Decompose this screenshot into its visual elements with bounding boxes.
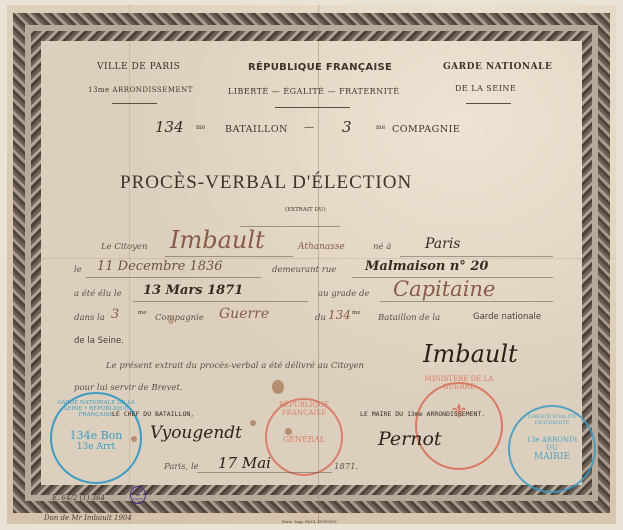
bataillon-suffix: me	[196, 124, 205, 131]
ne-a-label: né à	[373, 242, 391, 252]
grade-value: Capitaine	[393, 277, 495, 301]
document-title: PROCÈS-VERBAL D'ÉLECTION	[120, 172, 412, 194]
citoyen-firstname: Athanasse	[298, 242, 345, 252]
header-left-line1: VILLE DE PARIS	[97, 62, 180, 72]
header-center-title: RÉPUBLIQUE FRANÇAISE	[248, 62, 392, 73]
blue-stamp-line2: 13e Arrt	[77, 442, 115, 452]
place-label: Paris, le	[164, 462, 199, 472]
blue-stamp-garde-nationale: GARDE NATIONALE DE LA SEINE • RÉPUBLIQUE…	[50, 392, 142, 484]
violet-stamp-line3: PARIS	[133, 497, 142, 501]
bataillon-number: 134	[155, 118, 184, 136]
birth-date-rule	[86, 277, 261, 278]
printer-credit: Paris. Imp. PAUL DUPONT.	[282, 519, 337, 524]
du-label: du	[315, 313, 326, 323]
birthplace-rule	[400, 256, 553, 257]
stain	[168, 318, 174, 324]
grade-label: au grade de	[318, 289, 369, 299]
stain	[250, 420, 256, 426]
bataillon-value: 134	[328, 308, 351, 322]
inventory-number: E. 64/2 (1) 364	[52, 494, 105, 502]
stain	[285, 428, 292, 435]
header-right-line2: DE LA SEINE	[455, 84, 516, 93]
chef-label: LE CHEF DU BATAILLON,	[112, 410, 194, 418]
red-stamp-ring-text: RÉPUBLIQUE FRANÇAISE	[267, 401, 341, 417]
bataillon-form-label: Bataillon de la	[378, 313, 440, 323]
header-center-motto: LIBERTÉ — ÉGALITÉ — FRATERNITÉ	[228, 87, 400, 96]
compagnie-value-suffix: me	[138, 310, 146, 316]
violet-stamp-ville-de-paris: VILLE DE PARIS	[130, 486, 146, 504]
delivre-text: Le présent extrait du procès-verbal a ét…	[106, 361, 364, 371]
garde-nationale-label: Garde nationale	[473, 312, 541, 322]
blue-stamp-mairie: LIBERTÉ ÉGALITÉ FRATERNITÉ 13e ARRONDt D…	[508, 405, 596, 493]
birth-date: 11 Decembre 1836	[97, 259, 223, 274]
stain	[131, 436, 137, 442]
document-subtitle: (EXTRAIT DU)	[285, 207, 326, 213]
citoyen-rule	[165, 256, 293, 257]
header-left-line2: 13me ARRONDISSEMENT	[88, 86, 193, 94]
red-stamp-ministere-ring: MINISTÈRE DE LA GUERRE	[417, 375, 501, 391]
compagnie-value: 3	[111, 307, 119, 322]
red-stamp-republique: RÉPUBLIQUE FRANÇAISE GÉNÉRAL	[265, 398, 343, 476]
compagnie-type: Guerre	[219, 306, 269, 322]
red-stamp-center-text: GÉNÉRAL	[283, 435, 325, 444]
election-date-rule	[133, 301, 308, 302]
blue-mairie-ring: LIBERTÉ ÉGALITÉ FRATERNITÉ	[510, 414, 594, 426]
unit-dash: —	[304, 122, 314, 133]
maire-label: LE MAIRE DU 13me ARRONDISSEMENT.	[360, 410, 485, 418]
bataillon-value-suffix: me	[352, 310, 360, 316]
address: Malmaison n° 20	[365, 259, 488, 274]
stain	[272, 380, 284, 394]
date-rule	[197, 472, 332, 473]
red-stamp-ministere: MINISTÈRE DE LA GUERRE ⚜	[415, 382, 503, 470]
maire-signature: Pernot	[378, 428, 442, 450]
delivre-name: Imbault	[423, 340, 518, 368]
header-right-ornament	[466, 103, 511, 104]
grade-rule	[380, 301, 553, 302]
citoyen-name: Imbault	[170, 226, 265, 254]
header-right-line1: GARDE NATIONALE	[443, 62, 552, 72]
blue-mairie-line3: MAIRIE	[534, 452, 570, 462]
le-label: le	[74, 265, 82, 275]
compagnie-label: COMPAGNIE	[392, 124, 460, 135]
citoyen-label: Le Citoyen	[101, 242, 147, 252]
chef-signature: Vyougendt	[150, 423, 242, 443]
compagnie-suffix: me	[376, 124, 385, 131]
elu-label: a été élu le	[74, 289, 122, 299]
signing-date: 17 Mai	[218, 454, 271, 472]
dans-label: dans la	[74, 313, 105, 323]
birthplace: Paris	[425, 236, 461, 252]
demeurant-label: demeurant rue	[272, 265, 336, 275]
compagnie-number: 3	[342, 118, 352, 136]
signing-year: 1871.	[334, 462, 358, 472]
header-left-ornament	[112, 103, 157, 104]
blue-mairie-line1: 13e ARRONDt	[526, 436, 577, 444]
blue-stamp-line1: 134e Bon	[70, 429, 123, 442]
blue-mairie-line2: DU	[546, 444, 558, 452]
bataillon-label: BATAILLON	[225, 124, 288, 135]
donation-note: Don de Mr Imbault 1904	[44, 514, 132, 522]
compagnie-form-label: Compagnie	[155, 313, 204, 323]
header-center-ornament	[275, 107, 350, 108]
election-date: 13 Mars 1871	[143, 283, 243, 298]
seine-label: de la Seine.	[74, 336, 124, 346]
